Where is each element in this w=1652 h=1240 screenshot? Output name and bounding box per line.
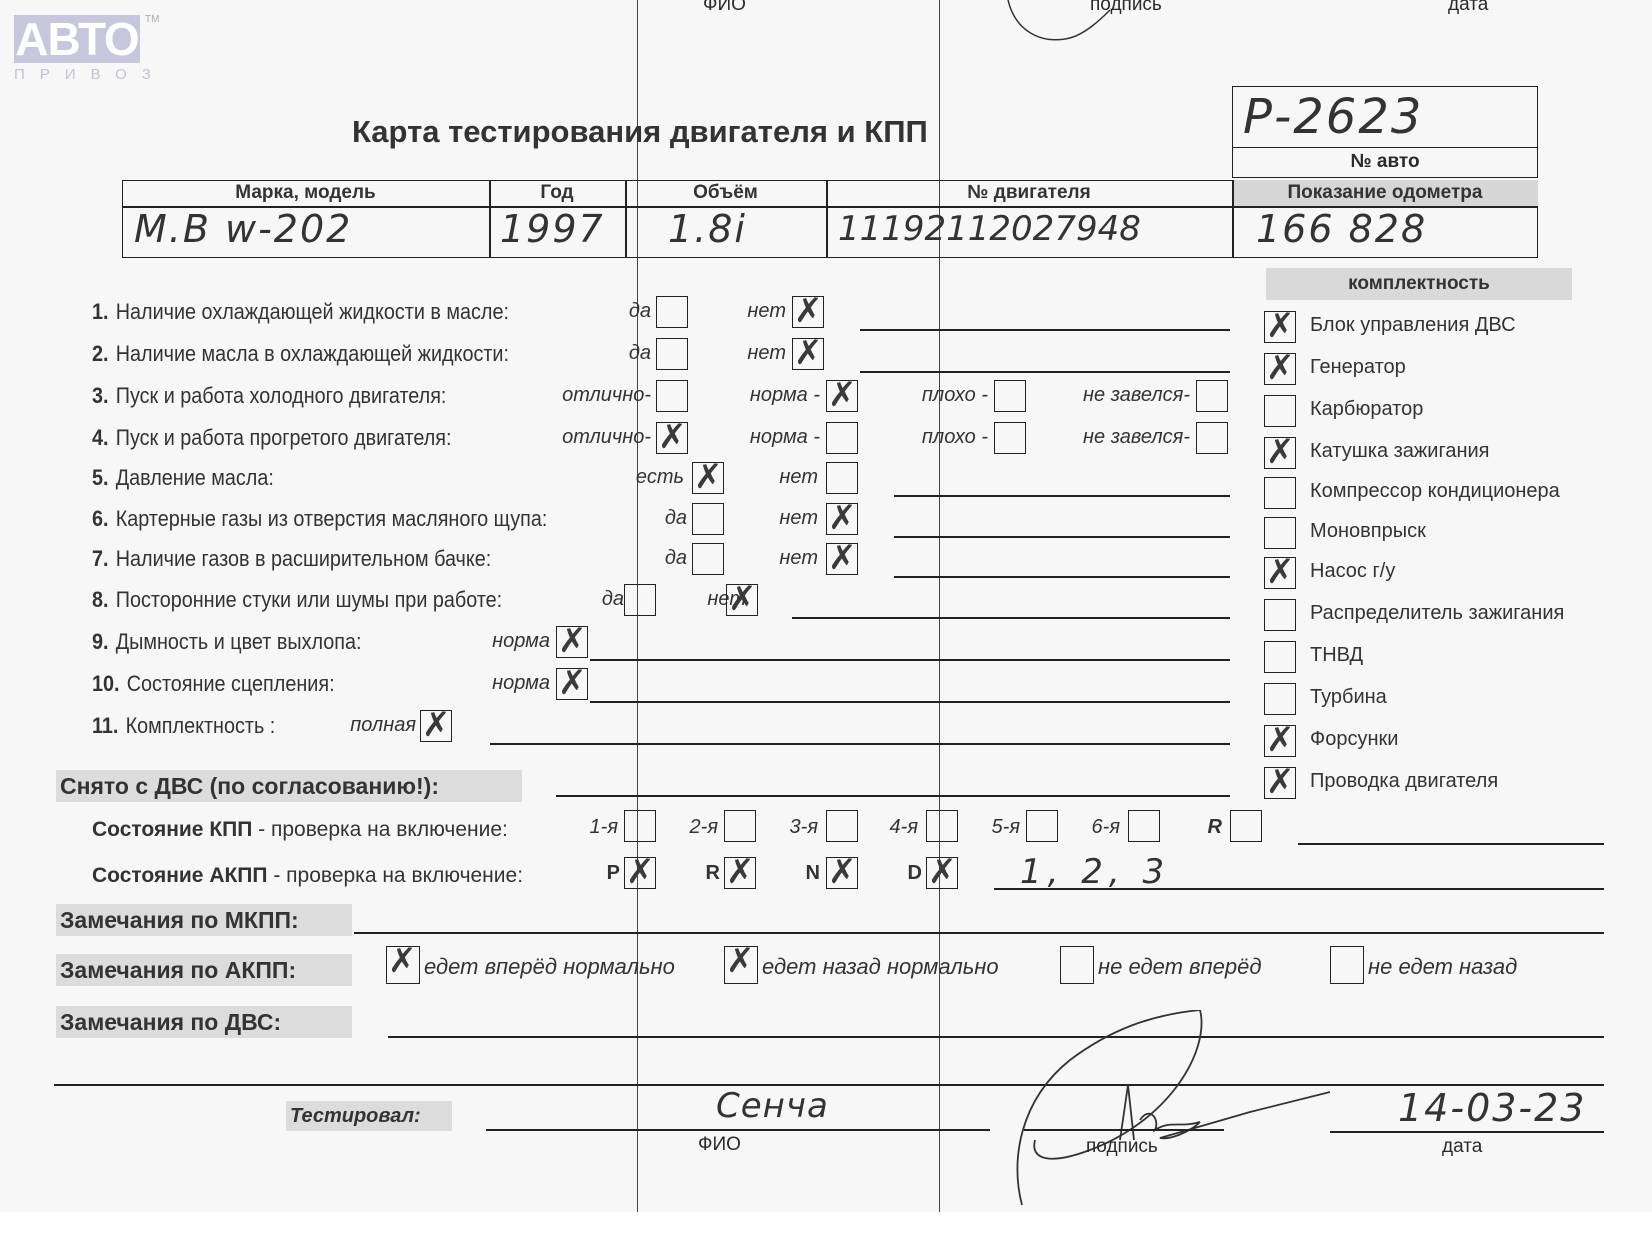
- option-checkbox[interactable]: [726, 584, 758, 616]
- option-checkbox[interactable]: [692, 462, 724, 494]
- option-label: отлично-: [562, 426, 651, 449]
- auto-gear-checkbox[interactable]: [826, 857, 858, 889]
- remarks-auto-checkbox[interactable]: [724, 946, 758, 984]
- option-label: да: [629, 300, 651, 323]
- option-checkbox[interactable]: [994, 380, 1026, 412]
- completeness-checkbox[interactable]: [1264, 641, 1296, 673]
- make-model-value[interactable]: M.B w-202: [134, 207, 484, 251]
- completeness-checkbox[interactable]: [1264, 353, 1296, 385]
- page-title: Карта тестирования двигателя и КПП: [352, 114, 928, 150]
- option-label: да: [629, 342, 651, 365]
- engine-number-value[interactable]: 11192112027948: [838, 207, 1228, 251]
- question-note-field[interactable]: [590, 659, 1230, 661]
- date-line: [1330, 1131, 1604, 1133]
- option-checkbox[interactable]: [826, 380, 858, 412]
- auto-gear-checkbox[interactable]: [926, 857, 958, 889]
- question-note-field[interactable]: [860, 329, 1230, 331]
- question-note-field[interactable]: [590, 701, 1230, 703]
- test-date-value[interactable]: 14-03-23: [1398, 1086, 1586, 1130]
- removed-from-engine-field[interactable]: [556, 795, 1230, 797]
- option-checkbox[interactable]: [692, 503, 724, 535]
- question-label: Дымность и цвет выхлопа:: [116, 629, 362, 654]
- question-label: Пуск и работа прогретого двигателя:: [116, 425, 452, 450]
- gear-label: 4-я: [890, 816, 918, 839]
- question-number: 2.: [92, 341, 109, 366]
- option-checkbox[interactable]: [792, 338, 824, 370]
- completeness-checkbox[interactable]: [1264, 477, 1296, 509]
- manual-gearbox-label: Состояние КПП - проверка на включение:: [92, 818, 508, 842]
- option-checkbox[interactable]: [656, 380, 688, 412]
- completeness-item-label: Моновпрыск: [1310, 520, 1426, 543]
- option-checkbox[interactable]: [420, 710, 452, 742]
- question-number: 10.: [92, 671, 120, 696]
- question-label: Картерные газы из отверстия масляного щу…: [116, 506, 548, 531]
- question-number: 5.: [92, 465, 109, 490]
- signature-icon: [1010, 1010, 1340, 1210]
- question-note-field[interactable]: [860, 371, 1230, 373]
- option-checkbox[interactable]: [994, 422, 1026, 454]
- auto-gear-label: P: [607, 862, 620, 885]
- option-checkbox[interactable]: [1196, 380, 1228, 412]
- remarks-auto-option-label: едет вперёд нормально: [424, 954, 675, 980]
- question-label: Комплектность :: [126, 713, 276, 738]
- question-label: Наличие охлаждающей жидкости в масле:: [116, 299, 509, 324]
- option-checkbox[interactable]: [826, 543, 858, 575]
- gear-label: 6-я: [1092, 816, 1120, 839]
- header-volume: Объём: [625, 181, 826, 205]
- option-checkbox[interactable]: [826, 462, 858, 494]
- option-checkbox[interactable]: [656, 296, 688, 328]
- manual-gearbox-note-field[interactable]: [1298, 843, 1604, 845]
- header-odometer: Показание одометра: [1232, 181, 1538, 205]
- question-label: Пуск и работа холодного двигателя:: [116, 383, 447, 408]
- completeness-item-label: Блок управления ДВС: [1310, 314, 1516, 337]
- question-text: 8.Посторонние стуки или шумы при работе:: [92, 587, 502, 613]
- question-text: 9.Дымность и цвет выхлопа:: [92, 629, 362, 655]
- option-label: отлично-: [562, 384, 651, 407]
- option-checkbox[interactable]: [826, 503, 858, 535]
- completeness-checkbox[interactable]: [1264, 599, 1296, 631]
- option-label: не завелся-: [1083, 384, 1190, 407]
- remarks-auto-checkbox[interactable]: [1330, 946, 1364, 984]
- remarks-auto-label: Замечания по АКПП:: [56, 954, 352, 986]
- question-text: 7.Наличие газов в расширительном бачке:: [92, 546, 491, 572]
- car-number-label: № авто: [1233, 147, 1537, 176]
- completeness-checkbox[interactable]: [1264, 767, 1296, 799]
- option-label: полная: [350, 714, 416, 737]
- auto-gearbox-label: Состояние АКПП - проверка на включение:: [92, 864, 523, 888]
- logo-trademark: TM: [145, 14, 159, 25]
- gear-checkbox[interactable]: [926, 810, 958, 842]
- top-fio-caption: ФИО: [703, 0, 746, 16]
- gear-checkbox[interactable]: [624, 810, 656, 842]
- signature-line: [1024, 1129, 1224, 1131]
- remarks-engine-field-2[interactable]: [54, 1084, 1604, 1086]
- gear-checkbox[interactable]: [1230, 810, 1262, 842]
- question-text: 10.Состояние сцепления:: [92, 671, 335, 697]
- option-checkbox[interactable]: [556, 668, 588, 700]
- question-number: 9.: [92, 629, 109, 654]
- remarks-auto-option-label: не едет назад: [1368, 954, 1517, 980]
- completeness-item-label: Компрессор кондиционера: [1310, 480, 1560, 503]
- option-label: нет: [779, 507, 818, 530]
- question-note-field[interactable]: [894, 495, 1230, 497]
- completeness-title: комплектность: [1266, 268, 1572, 300]
- remarks-auto-option-label: не едет вперёд: [1098, 954, 1262, 980]
- completeness-item-label: Генератор: [1310, 356, 1406, 379]
- question-note-field[interactable]: [894, 536, 1230, 538]
- question-note-field[interactable]: [792, 617, 1230, 619]
- manual-gearbox-label-bold: Состояние КПП: [92, 818, 252, 841]
- volume-value[interactable]: 1.8i: [668, 207, 818, 251]
- gear-checkbox[interactable]: [1128, 810, 1160, 842]
- option-label: есть: [636, 466, 684, 489]
- gear-label: 3-я: [790, 816, 818, 839]
- option-label: норма: [492, 672, 550, 695]
- top-date-caption: дата: [1448, 0, 1488, 16]
- question-note-field[interactable]: [894, 576, 1230, 578]
- header-engine-number: № двигателя: [826, 181, 1232, 205]
- auto-gear-label: R: [706, 862, 720, 885]
- option-label: норма -: [750, 426, 820, 449]
- completeness-checkbox[interactable]: [1264, 395, 1296, 427]
- completeness-item-label: Катушка зажигания: [1310, 440, 1490, 463]
- remarks-auto-checkbox[interactable]: [1060, 946, 1094, 984]
- option-checkbox[interactable]: [556, 626, 588, 658]
- question-number: 7.: [92, 546, 109, 571]
- option-label: нет: [779, 466, 818, 489]
- option-label: норма -: [750, 384, 820, 407]
- header-make-model: Марка, модель: [122, 181, 489, 205]
- option-label: нет: [747, 300, 786, 323]
- completeness-checkbox[interactable]: [1264, 517, 1296, 549]
- year-value[interactable]: 1997: [500, 207, 620, 251]
- question-text: 2.Наличие масла в охлаждающей жидкости:: [92, 341, 509, 367]
- gear-label: 1-я: [590, 816, 618, 839]
- remarks-manual-field[interactable]: [354, 932, 1604, 934]
- logo: АВТО: [14, 15, 140, 63]
- option-label: плохо -: [922, 384, 988, 407]
- question-label: Состояние сцепления:: [127, 671, 335, 696]
- question-number: 1.: [92, 299, 109, 324]
- question-text: 11.Комплектность :: [92, 713, 275, 739]
- question-label: Посторонние стуки или шумы при работе:: [116, 587, 502, 612]
- completeness-item-label: Форсунки: [1310, 728, 1398, 751]
- completeness-item-label: Распределитель зажигания: [1310, 602, 1564, 625]
- question-text: 4.Пуск и работа прогретого двигателя:: [92, 425, 452, 451]
- question-number: 4.: [92, 425, 109, 450]
- question-number: 8.: [92, 587, 109, 612]
- completeness-checkbox[interactable]: [1264, 683, 1296, 715]
- question-note-field[interactable]: [490, 743, 1230, 745]
- logo-subtitle: ПРИВОЗ: [14, 66, 166, 83]
- remarks-engine-field[interactable]: [388, 1036, 1604, 1038]
- remarks-engine-label: Замечания по ДВС:: [56, 1006, 352, 1038]
- gear-label: 2-я: [690, 816, 718, 839]
- auto-gearbox-note[interactable]: 1, 2, 3: [1020, 852, 1170, 892]
- question-number: 3.: [92, 383, 109, 408]
- option-label: плохо -: [922, 426, 988, 449]
- option-label: да: [602, 588, 624, 611]
- completeness-item-label: ТНВД: [1310, 644, 1363, 667]
- signature-caption: подпись: [1086, 1136, 1158, 1158]
- odometer-value[interactable]: 166 828: [1256, 207, 1536, 251]
- question-text: 6.Картерные газы из отверстия масляного …: [92, 506, 547, 532]
- auto-gear-label: D: [908, 862, 922, 885]
- auto-gear-label: N: [806, 862, 820, 885]
- question-text: 3.Пуск и работа холодного двигателя:: [92, 383, 446, 409]
- option-checkbox[interactable]: [692, 543, 724, 575]
- auto-gear-checkbox[interactable]: [724, 857, 756, 889]
- completeness-checkbox[interactable]: [1264, 725, 1296, 757]
- gear-checkbox[interactable]: [826, 810, 858, 842]
- remarks-auto-option-label: едет назад нормально: [762, 954, 999, 980]
- question-number: 11.: [92, 713, 118, 738]
- header-year: Год: [489, 181, 625, 205]
- removed-from-engine-label: Снято с ДВС (по согласованию!):: [56, 770, 522, 802]
- option-checkbox[interactable]: [792, 296, 824, 328]
- completeness-checkbox[interactable]: [1264, 557, 1296, 589]
- question-number: 6.: [92, 506, 109, 531]
- question-label: Наличие газов в расширительном бачке:: [116, 546, 492, 571]
- tester-name-value[interactable]: Сенча: [716, 1086, 829, 1126]
- option-label: нет: [747, 342, 786, 365]
- option-label: да: [665, 507, 687, 530]
- car-number-box: Р-2623 № авто: [1232, 86, 1538, 178]
- option-checkbox[interactable]: [656, 422, 688, 454]
- option-checkbox[interactable]: [656, 338, 688, 370]
- date-caption: дата: [1442, 1136, 1482, 1158]
- gear-checkbox[interactable]: [1026, 810, 1058, 842]
- completeness-item-label: Насос г/у: [1310, 560, 1395, 583]
- question-text: 1.Наличие охлаждающей жидкости в масле:: [92, 299, 509, 325]
- tester-fio-caption: ФИО: [698, 1134, 741, 1156]
- gear-label: R: [1208, 816, 1222, 839]
- question-label: Давление масла:: [116, 465, 274, 490]
- completeness-checkbox[interactable]: [1264, 311, 1296, 343]
- remarks-auto-checkbox[interactable]: [386, 946, 420, 984]
- question-text: 5.Давление масла:: [92, 465, 274, 491]
- document-page: ФИО подпись дата АВТО TM ПРИВОЗ Карта те…: [0, 0, 1652, 1212]
- completeness-item-label: Карбюратор: [1310, 398, 1423, 421]
- auto-gearbox-note-line: [994, 888, 1604, 890]
- option-label: не завелся-: [1083, 426, 1190, 449]
- completeness-checkbox[interactable]: [1264, 437, 1296, 469]
- option-checkbox[interactable]: [1196, 422, 1228, 454]
- option-checkbox[interactable]: [624, 584, 656, 616]
- gear-checkbox[interactable]: [724, 810, 756, 842]
- car-number-value: Р-2623: [1243, 87, 1423, 147]
- signature-fragment-icon: [1000, 0, 1120, 45]
- auto-gearbox-label-bold: Состояние АКПП: [92, 864, 268, 887]
- completeness-item-label: Турбина: [1310, 686, 1387, 709]
- tester-name-line: [486, 1129, 990, 1131]
- option-label: да: [665, 547, 687, 570]
- completeness-item-label: Проводка двигателя: [1310, 770, 1498, 793]
- auto-gearbox-label-rest: - проверка на включение:: [268, 864, 524, 887]
- option-label: норма: [492, 630, 550, 653]
- manual-gearbox-label-rest: - проверка на включение:: [252, 818, 508, 841]
- tested-by-label: Тестировал:: [286, 1101, 452, 1131]
- question-label: Наличие масла в охлаждающей жидкости:: [116, 341, 509, 366]
- option-checkbox[interactable]: [826, 422, 858, 454]
- gear-label: 5-я: [992, 816, 1020, 839]
- option-label: нет: [779, 547, 818, 570]
- remarks-manual-label: Замечания по МКПП:: [56, 904, 352, 936]
- auto-gear-checkbox[interactable]: [624, 857, 656, 889]
